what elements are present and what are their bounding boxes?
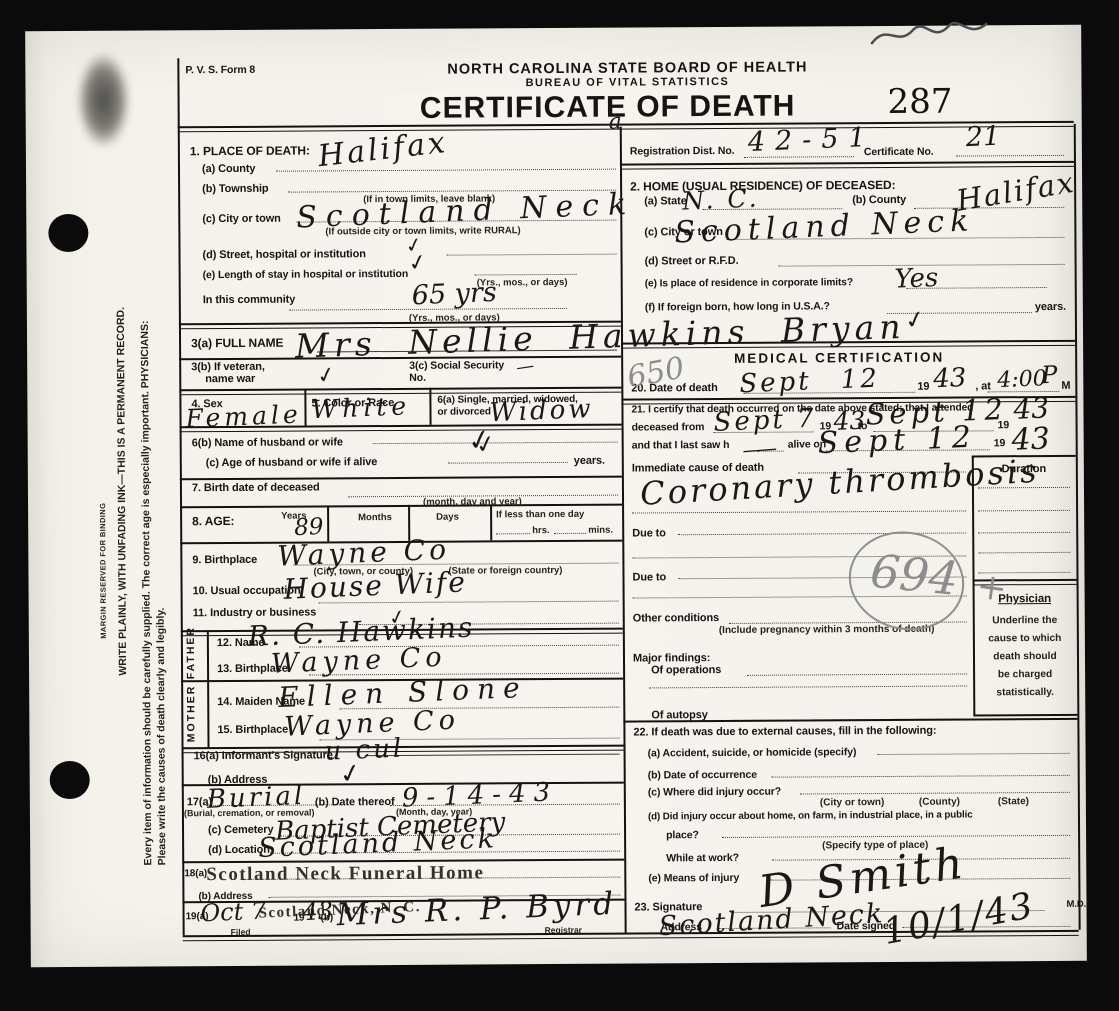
certify-to-year-handwritten: 43 [1013, 394, 1050, 423]
filed-date-handwritten: Oct 7 [200, 899, 267, 926]
place-city-label: (c) City or town [202, 213, 281, 225]
spouse-age-suffix: years. [574, 455, 605, 467]
marital-value-handwritten: Widow [489, 396, 594, 426]
external-c-note-county: (County) [919, 797, 960, 808]
death-time-m-label: M [1061, 380, 1070, 392]
burial-date-label: (b) Date thereof [315, 796, 395, 808]
death-time-ampm-handwritten: P [1041, 363, 1058, 388]
certify-saw-label: and that I last saw h [632, 439, 730, 452]
place-township-label: (b) Township [202, 183, 268, 195]
margin-every-item-note: Every item of information should be care… [139, 321, 154, 866]
place-of-death-heading: 1. PLACE OF DEATH: [190, 143, 310, 158]
registration-dist-value-handwritten: 42-51 [747, 124, 876, 156]
sex-value-handwritten: Female [185, 402, 302, 432]
registration-dist-label: Registration Dist. No. [630, 145, 735, 158]
physician-note-line1: Underline the [973, 615, 1077, 627]
of-operations-label: Of operations [651, 664, 721, 676]
saw-blank-scribble: — [741, 437, 778, 460]
ssn-dash-mark: — [515, 357, 535, 377]
certificate-serial-number: 287 [887, 82, 952, 122]
spouse-name-label: 6(b) Name of husband or wife [192, 436, 343, 449]
physician-note-line3: death should [973, 651, 1077, 663]
death-time-at-label: , at [975, 380, 991, 392]
margin-binding-note: MARGIN RESERVED FOR BINDING [98, 503, 108, 639]
external-heading: 22. If death was due to external causes,… [633, 725, 936, 739]
physician-note-line5: statistically. [973, 687, 1077, 699]
informant-signature-handwritten: u cul [324, 736, 405, 765]
margin-write-plainly-note: WRITE PLAINLY, WITH UNFADING INK—THIS IS… [115, 307, 129, 676]
certificate-page: MARGIN RESERVED FOR BINDING WRITE PLAINL… [25, 25, 1087, 967]
age-years-value-handwritten: 89 [294, 516, 324, 540]
place-city-value-handwritten: Scotland Neck [296, 190, 636, 234]
full-name-label: 3(a) FULL NAME [191, 336, 283, 351]
birthplace-value-handwritten: Wayne Co [277, 536, 451, 571]
certify-saw-year-prefix: 19 [994, 437, 1006, 449]
veteran-checkmark: ✓ [315, 364, 338, 389]
of-autopsy-label: Of autopsy [651, 709, 708, 721]
home-county-label: (b) County [852, 194, 906, 206]
birth-date-note: (month, day and year) [423, 496, 522, 508]
place-street-label: (d) Street, hospital or institution [202, 248, 365, 261]
due-to-label-2: Due to [632, 571, 666, 583]
certify-saw-value-handwritten: Sept 12 [817, 423, 977, 460]
community-value-handwritten: 65 yrs [411, 279, 497, 309]
funeral-home-stamp: Scotland Neck Funeral Home [206, 862, 484, 886]
home-corporate-value-handwritten: Yes [894, 265, 939, 293]
age-less-label: If less than one day [496, 509, 584, 521]
home-heading: 2. HOME (USUAL RESIDENCE) OF DECEASED: [630, 178, 895, 194]
date-signed-handwritten: 10/1/43 [881, 888, 1038, 951]
major-findings-label: Major findings: [633, 652, 710, 664]
column-divider [620, 127, 627, 933]
form-number: P. V. S. Form 8 [185, 64, 255, 76]
mother-birthplace-label: 15. Birthplace [217, 724, 288, 736]
age-days-label: Days [436, 512, 459, 523]
scanned-death-certificate: { "margin": { "binding": "MARGIN RESERVE… [0, 0, 1119, 1011]
margin-please-write-note: Please write the causes of death clearly… [155, 608, 169, 866]
physician-note-line2: cause to which [973, 633, 1077, 645]
certify-from-label: deceased from [632, 421, 705, 433]
foreign-checkmark: ✓ [903, 306, 928, 334]
registrar-label: Registrar [545, 925, 582, 935]
scan-smudge [77, 53, 130, 148]
burial-date-handwritten: 9-14-43 [401, 779, 558, 811]
certificate-title: CERTIFICATE OF DEATH [278, 89, 938, 127]
external-c-note-city: (City or town) [820, 797, 885, 808]
place-stay-label: (e) Length of stay in hospital or instit… [203, 268, 409, 281]
burial-location-handwritten: Scotland Neck [258, 825, 498, 862]
external-a-label: (a) Accident, suicide, or homicide (spec… [648, 746, 857, 759]
form-left-border [177, 58, 184, 935]
mother-side-label: MOTHER [185, 686, 197, 742]
spouse-age-label: (c) Age of husband or wife if alive [206, 456, 378, 469]
pencil-scribble [865, 9, 995, 60]
age-months-label: Months [358, 512, 392, 523]
age-mins-label: mins. [588, 525, 613, 536]
informant-signature-label: 16(a) Informant's Signature [194, 749, 333, 762]
death-date-year-prefix: 19 [917, 381, 929, 393]
home-corporate-label: (e) Is place of residence in corporate l… [645, 277, 853, 289]
due-to-label-1: Due to [632, 527, 666, 539]
punch-hole-bottom [50, 761, 90, 799]
ssn-label-2: No. [409, 372, 426, 384]
pencil-code-694: 694 [868, 548, 960, 602]
title-ink-mark: a [608, 111, 622, 134]
external-d-label-2: place? [666, 829, 699, 841]
certify-from-value-handwritten: Sept 7 [713, 406, 817, 436]
occupation-value-handwritten: House Wife [283, 568, 467, 603]
marital-label-2: or divorced [437, 406, 490, 417]
father-birthplace-value-handwritten: Wayne Co [271, 644, 448, 678]
external-e-label: (e) Means of injury [648, 872, 739, 885]
funeral-item-label: 18(a) [184, 868, 207, 879]
external-work-label: While at work? [666, 852, 739, 864]
pencil-cross-mark: + [974, 568, 1009, 608]
physician-note-line4: be charged [973, 669, 1077, 681]
death-time-value-handwritten: 4:00 [997, 368, 1047, 392]
death-date-year-handwritten: 43 [933, 365, 967, 392]
father-side-label: FATHER [185, 633, 197, 679]
filed-year-handwritten: 43 [302, 899, 334, 924]
external-b-label: (b) Date of occurrence [648, 769, 757, 782]
community-label: In this community [203, 294, 295, 307]
punch-hole-top [48, 214, 88, 252]
external-c-note-state: (State) [998, 796, 1029, 807]
home-foreign-suffix: years. [1035, 301, 1066, 313]
burial-type-handwritten: Burial [206, 783, 305, 813]
place-county-label: (a) County [202, 163, 255, 175]
home-street-label: (d) Street or R.F.D. [645, 255, 739, 268]
birthplace-label: 9. Birthplace [192, 554, 257, 566]
stay-checkmark: ✓ [406, 251, 429, 276]
death-date-value-handwritten: Sept 12 [739, 366, 881, 398]
race-value-handwritten: White [311, 393, 412, 422]
birth-date-label: 7. Birth date of deceased [192, 481, 320, 494]
place-county-value-handwritten: Halifax [317, 128, 450, 172]
certificate-no-value-handwritten: 21 [965, 123, 1000, 151]
form-right-border [1074, 124, 1081, 930]
external-d-label: (d) Did injury occur about home, on farm… [648, 809, 973, 822]
spouse-checkmark-2: ✓ [473, 431, 498, 459]
veteran-label-2: name war [205, 373, 255, 385]
md-label: M.D. [1066, 899, 1086, 910]
home-state-label: (a) State [644, 195, 687, 207]
external-c-label: (c) Where did injury occur? [648, 786, 781, 799]
age-label: 8. AGE: [192, 514, 234, 528]
veteran-label: 3(b) If veteran, [191, 361, 265, 373]
home-state-value-handwritten: N. C. [682, 185, 760, 213]
filed-label: Filed [231, 927, 251, 937]
other-conditions-label: Other conditions [633, 612, 719, 625]
age-hrs-label: hrs. [532, 525, 550, 536]
